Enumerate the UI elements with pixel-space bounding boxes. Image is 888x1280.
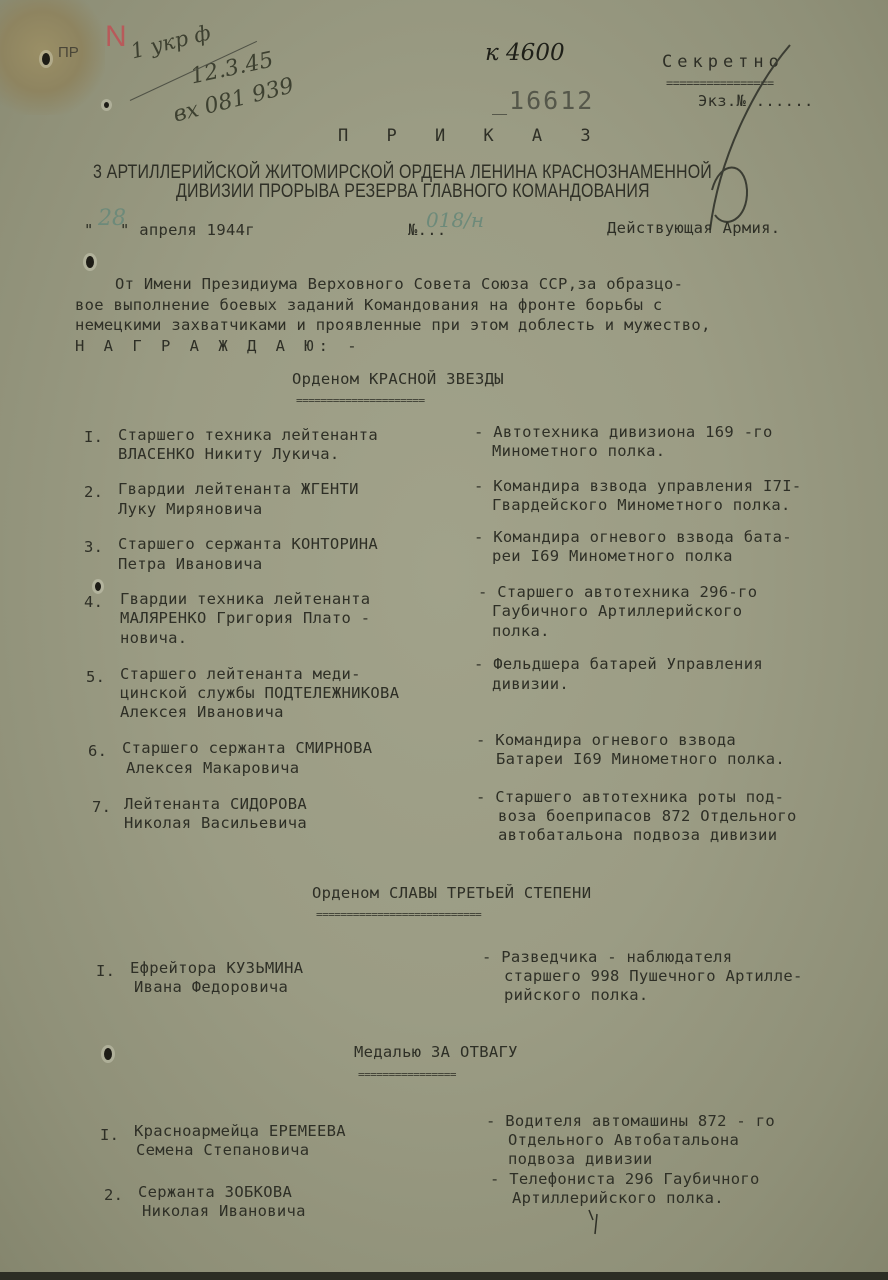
order-number-handwritten: 018/н (426, 208, 484, 232)
entry-number: 7. (92, 798, 111, 816)
entry-name-line: ВЛАСЕНКО Никиту Лукича. (118, 445, 340, 463)
red-pencil-mark: N (105, 20, 127, 54)
entry-role-line: Минометного полка. (492, 442, 665, 460)
section-title-glory-3rd: Орденом СЛАВЫ ТРЕТЬЕЙ СТЕПЕНИ (312, 884, 591, 902)
pencil-tick-mark (585, 1208, 605, 1238)
unit-name-line2: ДИВИЗИИ ПРОРЫВА РЕЗЕРВА ГЛАВНОГО КОМАНДО… (176, 181, 650, 203)
section-rule: ================ (358, 1068, 456, 1081)
paper-stain (0, 0, 105, 115)
scan-bottom-edge (0, 1272, 888, 1280)
section-rule: ===================== (296, 394, 425, 407)
entry-role-line: автобатальона подвоза дивизии (498, 826, 777, 844)
date-month-year: " апреля 1944г (120, 221, 255, 239)
preamble-line4-award: Н А Г Р А Ж Д А Ю: - (75, 337, 362, 355)
entry-name-line: Старшего сержанта СМИРНОВА (122, 739, 372, 757)
entry-role-line: - Командира огневого взвода бата- (474, 528, 792, 546)
entry-role-line: Гвардейского Минометного полка. (492, 496, 791, 514)
stain-label: ПР (58, 44, 79, 61)
punch-hole (104, 102, 109, 108)
entry-name-line: Сержанта ЗОБКОВА (138, 1183, 292, 1201)
entry-number: I. (100, 1126, 119, 1144)
entry-name-line: Ивана Федоровича (134, 978, 288, 996)
entry-name-line: Старшего лейтенанта меди- (120, 665, 361, 683)
entry-number: 5. (86, 668, 105, 686)
pencil-note-line3: вх 081 939 (171, 73, 297, 127)
entry-role-line: рийского полка. (504, 986, 648, 1004)
section-title-for-courage: Медалью ЗА ОТВАГУ (354, 1043, 518, 1061)
entry-number: 4. (84, 593, 103, 611)
entry-role-line: подвоза дивизии (508, 1150, 652, 1168)
entry-role-line: - Командира огневого взвода (476, 731, 736, 749)
entry-number: 2. (84, 483, 103, 501)
preamble-line3: немецкими захватчиками и проявленные при… (75, 316, 711, 334)
entry-role-line: - Разведчика - наблюдателя (482, 948, 732, 966)
entry-name-line: Луку Миряновича (118, 500, 262, 518)
entry-name-line: Алексея Ивановича (120, 703, 284, 721)
entry-name-line: Николая Васильевича (124, 814, 307, 832)
entry-name-line: цинской службы ПОДТЕЛЕЖНИКОВА (120, 684, 399, 702)
entry-name-line: Гвардии лейтенанта ЖГЕНТИ (118, 480, 359, 498)
pencil-note-line1: 1 укр ф (128, 21, 213, 64)
punch-hole (104, 1048, 112, 1060)
section-title-red-star: Орденом КРАСНОЙ ЗВЕЗДЫ (292, 370, 504, 388)
entry-name-line: Старшего техника лейтенанта (118, 426, 378, 444)
entry-name-line: Петра Ивановича (118, 555, 262, 573)
entry-name-line: Гвардии техника лейтенанта (120, 590, 370, 608)
entry-role-line: Отдельного Автобатальона (508, 1131, 739, 1149)
section-rule: =========================== (316, 908, 481, 921)
entry-role-line: полка. (492, 622, 550, 640)
preamble-line2: вое выполнение боевых заданий Командован… (75, 296, 663, 314)
entry-number: 6. (88, 742, 107, 760)
entry-number: 3. (84, 538, 103, 556)
entry-role-line: - Фельдшера батарей Управления (474, 655, 763, 673)
entry-number: I. (96, 962, 115, 980)
entry-name-line: новича. (120, 629, 187, 647)
entry-role-line: воза боеприпасов 872 Отдельного (498, 807, 797, 825)
document-title: П Р И К А З (338, 126, 605, 146)
entry-role-line: дивизии. (492, 675, 569, 693)
entry-role-line: Гаубичного Артиллерийского (492, 602, 742, 620)
entry-name-line: Алексея Макаровича (126, 759, 299, 777)
entry-name-line: Ефрейтора КУЗЬМИНА (130, 959, 303, 977)
entry-role-line: - Старшего автотехника роты под- (476, 788, 784, 806)
entry-role-line: - Телефониста 296 Гаубичного (490, 1170, 760, 1188)
entry-number: 2. (104, 1186, 123, 1204)
entry-role-line: реи I69 Минометного полка (492, 547, 733, 565)
punch-hole (42, 53, 50, 65)
entry-name-line: Лейтенанта СИДОРОВА (124, 795, 307, 813)
registration-number-stamp: _16612 (492, 86, 594, 115)
entry-name-line: Семена Степановича (136, 1141, 309, 1159)
preamble-line1: От Имени Президиума Верховного Совета Со… (115, 275, 683, 293)
entry-name-line: МАЛЯРЕНКО Григория Плато - (120, 609, 370, 627)
entry-name-line: Николая Ивановича (142, 1202, 306, 1220)
punch-hole (86, 256, 94, 268)
entry-name-line: Красноармейца ЕРЕМЕЕВА (134, 1122, 346, 1140)
entry-role-line: - Старшего автотехника 296-го (478, 583, 757, 601)
entry-role-line: Артиллерийского полка. (512, 1189, 724, 1207)
entry-name-line: Старшего сержанта КОНТОРИНА (118, 535, 378, 553)
entry-number: I. (84, 428, 103, 446)
entry-role-line: - Автотехника дивизиона 169 -го (474, 423, 773, 441)
entry-role-line: Батареи I69 Минометного полка. (496, 750, 785, 768)
document-page: ПР N 1 укр ф 12.3.45 вх 081 939 к 4600 _… (0, 0, 888, 1272)
ink-note-k4600: к 4600 (485, 40, 565, 66)
location-label: Действующая Армия. (607, 219, 780, 237)
entry-role-line: старшего 998 Пушечного Артилле- (504, 967, 803, 985)
date-quote-open: " (84, 221, 94, 239)
entry-role-line: - Водителя автомашины 872 - го (486, 1112, 775, 1130)
entry-role-line: - Командира взвода управления I7I- (474, 477, 801, 495)
punch-hole (95, 582, 101, 591)
